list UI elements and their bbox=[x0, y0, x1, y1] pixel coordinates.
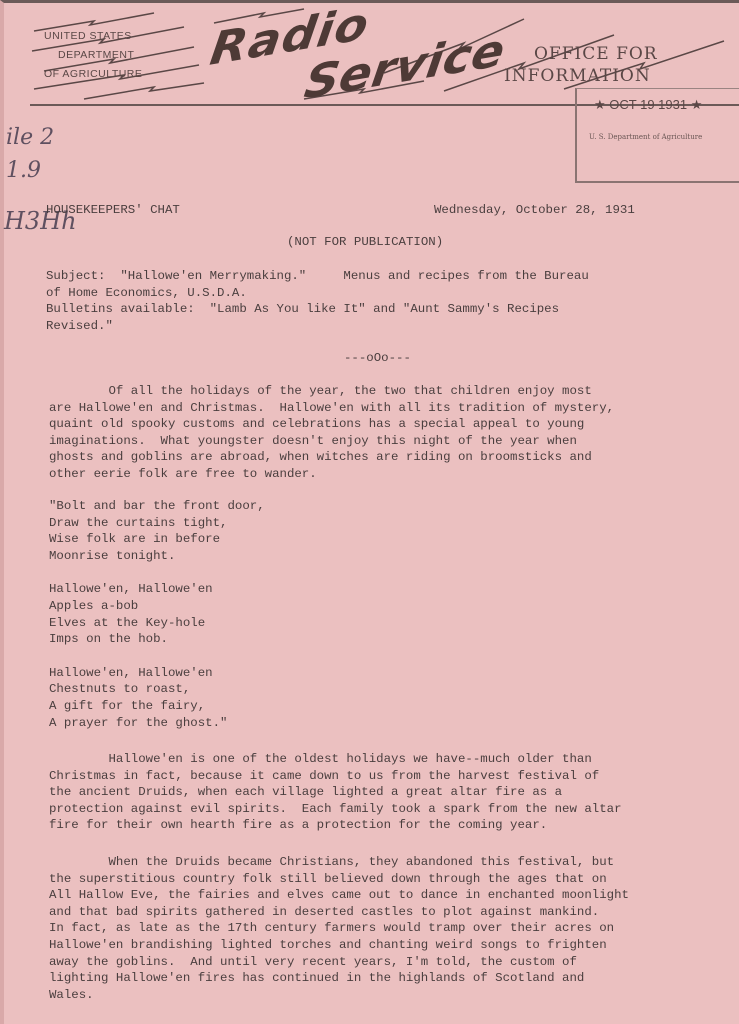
text-line: When the Druids became Christians, they … bbox=[49, 854, 629, 871]
office-line-1: OFFICE FOR bbox=[504, 43, 658, 65]
paragraph-1: Of all the holidays of the year, the two… bbox=[49, 383, 614, 483]
office-line-2: INFORMATION bbox=[504, 65, 658, 87]
paragraph-2: Hallowe'en is one of the oldest holidays… bbox=[49, 751, 622, 834]
not-for-publication: (NOT FOR PUBLICATION) bbox=[287, 234, 443, 251]
handwritten-note-2: 1.9 bbox=[6, 158, 41, 183]
poem-line: A prayer for the ghost." bbox=[49, 715, 265, 732]
subject-line: Bulletins available: "Lamb As You like I… bbox=[46, 301, 589, 318]
poem-stanza-1: "Bolt and bar the front door, Draw the c… bbox=[49, 498, 265, 564]
document-page: UNITED STATES DEPARTMENT OF AGRICULTURE … bbox=[0, 0, 739, 1024]
program-title: HOUSEKEEPERS' CHAT bbox=[46, 202, 180, 219]
poem-line: Apples a-bob bbox=[49, 598, 265, 615]
text-line: the ancient Druids, when each village li… bbox=[49, 784, 622, 801]
text-line: fire for their own hearth fire as a prot… bbox=[49, 817, 622, 834]
text-line: and that bad spirits gathered in deserte… bbox=[49, 904, 629, 921]
text-line: quaint old spooky customs and celebratio… bbox=[49, 416, 614, 433]
poem-line: Elves at the Key-hole bbox=[49, 615, 265, 632]
text-line: Christmas in fact, because it came down … bbox=[49, 768, 622, 785]
text-line: the superstitious country folk still bel… bbox=[49, 871, 629, 888]
text-line: lighting Hallowe'en fires has continued … bbox=[49, 970, 629, 987]
text-line: All Hallow Eve, the fairies and elves ca… bbox=[49, 887, 629, 904]
poem-line: Chestnuts to roast, bbox=[49, 681, 265, 698]
poem-line: A gift for the fairy, bbox=[49, 698, 265, 715]
subject-line: Subject: "Hallowe'en Merrymaking." Menus… bbox=[46, 268, 589, 285]
text-line: Of all the holidays of the year, the two… bbox=[49, 383, 614, 400]
office-of-information: OFFICE FOR INFORMATION bbox=[504, 43, 658, 87]
poem-line: Draw the curtains tight, bbox=[49, 515, 265, 532]
broadcast-date: Wednesday, October 28, 1931 bbox=[434, 202, 635, 219]
poem-line: Moonrise tonight. bbox=[49, 548, 265, 565]
text-line: away the goblins. And until very recent … bbox=[49, 954, 629, 971]
text-line: Hallowe'en brandishing lighted torches a… bbox=[49, 937, 629, 954]
text-line: Hallowe'en is one of the oldest holidays… bbox=[49, 751, 622, 768]
text-line: are Hallowe'en and Christmas. Hallowe'en… bbox=[49, 400, 614, 417]
stamp-department: U. S. Department of Agriculture bbox=[589, 133, 702, 141]
text-line: ghosts and goblins are abroad, when witc… bbox=[49, 449, 614, 466]
text-line: Wales. bbox=[49, 987, 629, 1004]
radio-service-logo: Radio Service bbox=[194, 9, 514, 99]
text-line: In fact, as late as the 17th century far… bbox=[49, 920, 629, 937]
poem-stanza-2: Hallowe'en, Hallowe'en Apples a-bob Elve… bbox=[49, 581, 265, 647]
poem-line: Hallowe'en, Hallowe'en bbox=[49, 665, 265, 682]
poem-line: "Bolt and bar the front door, bbox=[49, 498, 265, 515]
poem-line: Wise folk are in before bbox=[49, 531, 265, 548]
poem-line: Imps on the hob. bbox=[49, 631, 265, 648]
poem-stanza-3: Hallowe'en, Hallowe'en Chestnuts to roas… bbox=[49, 665, 265, 731]
subject-line: Revised." bbox=[46, 318, 589, 335]
separator: ---oOo--- bbox=[344, 350, 411, 367]
poem-line: Hallowe'en, Hallowe'en bbox=[49, 581, 265, 598]
text-line: other eerie folk are free to wander. bbox=[49, 466, 614, 483]
subject-line: of Home Economics, U.S.D.A. bbox=[46, 285, 589, 302]
paragraph-3: When the Druids became Christians, they … bbox=[49, 854, 629, 1003]
subject-block: Subject: "Hallowe'en Merrymaking." Menus… bbox=[46, 268, 589, 334]
text-line: protection against evil spirits. Each fa… bbox=[49, 801, 622, 818]
handwritten-note-1: ile 2 bbox=[6, 125, 54, 150]
poem: "Bolt and bar the front door, Draw the c… bbox=[49, 498, 265, 731]
stamp-date: ★ OCT 19 1931 ★ bbox=[594, 97, 702, 113]
text-line: imaginations. What youngster doesn't enj… bbox=[49, 433, 614, 450]
